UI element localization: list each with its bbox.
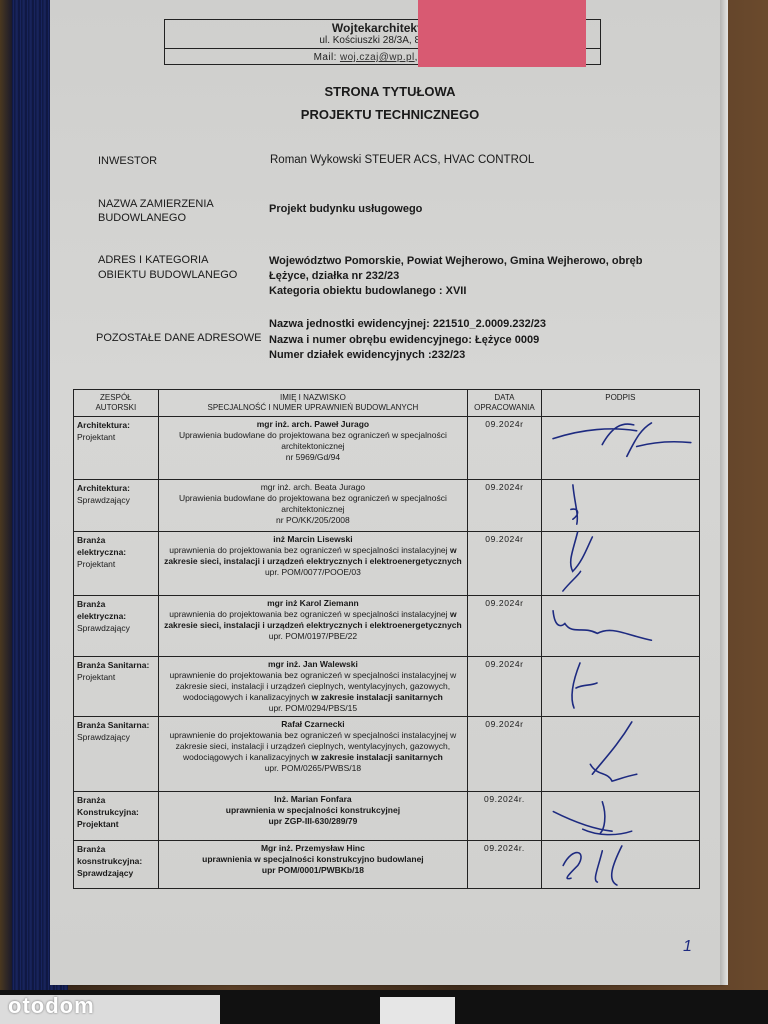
handwritten-signature xyxy=(542,841,692,888)
license-number: nr PO/KK/205/2008 xyxy=(162,515,464,526)
address-label-line-1: ADRES I KATEGORIA xyxy=(98,253,237,268)
name-cell: mgr inż. arch. Beata JuragoUprawienia bu… xyxy=(158,480,467,532)
name-cell: Inż. Marian Fonfarauprawnienia w specjal… xyxy=(158,792,467,841)
project-label-line-2: BUDOWLANEGO xyxy=(98,211,214,225)
page-number: 1 xyxy=(683,938,692,956)
role-label: Projektant xyxy=(77,672,115,682)
header-team: ZESPÓŁ AUTORSKI xyxy=(74,390,159,417)
table-row: Architektura:Sprawdzającymgr inż. arch. … xyxy=(74,480,700,532)
branch-label: Branża elektryczna: xyxy=(77,598,155,622)
signature-cell xyxy=(541,792,699,841)
team-cell: Branża Sanitarna:Projektant xyxy=(74,657,159,717)
branch-label: Branża Sanitarna: xyxy=(77,659,155,671)
branch-label: Branża kosnstrukcyjna: xyxy=(77,843,155,867)
person-name: mgr inż. arch. Beata Jurago xyxy=(162,482,464,493)
branch-label: Branża Sanitarna: xyxy=(77,719,155,731)
role-label: Projektant xyxy=(77,819,119,829)
signature-cell xyxy=(541,480,699,532)
license-description: uprawnienia do projektowania bez ogranic… xyxy=(169,609,447,619)
table-row: Branża elektryczna:Projektantinż Marcin … xyxy=(74,532,700,596)
address-label: ADRES I KATEGORIA OBIEKTU BUDOWLANEGO xyxy=(98,253,237,283)
project-label-line-1: NAZWA ZAMIERZENIA xyxy=(98,197,214,211)
handwritten-signature xyxy=(542,532,692,595)
header-name-line-2: SPECJALNOŚĆ I NUMER UPRAWNIEŃ BUDOWLANYC… xyxy=(161,403,465,413)
table-row: Branża Sanitarna:SprawdzającyRafał Czarn… xyxy=(74,717,700,792)
name-cell: inż Marcin Lisewskiuprawnienia do projek… xyxy=(158,532,467,596)
date-cell: 09.2024r xyxy=(468,480,542,532)
branch-label: Architektura: xyxy=(77,419,155,431)
license-number: upr. POM/0294/PBS/15 xyxy=(162,703,464,714)
address-line-1: Województwo Pomorskie, Powiat Wejherowo,… xyxy=(269,254,642,269)
license-scope: uprawnienia w specjalności konstrukcyjne… xyxy=(226,805,400,815)
team-cell: Architektura:Sprawdzający xyxy=(74,480,159,532)
signature-cell xyxy=(541,596,699,657)
table-row: Branża kosnstrukcyjna:SprawdzającyMgr in… xyxy=(74,841,700,889)
name-cell: mgr inż. Jan Walewskiuprawnienie do proj… xyxy=(158,657,467,717)
header-team-line-1: ZESPÓŁ xyxy=(76,393,156,403)
license-scope: uprawnienia w specjalności konstrukcyjno… xyxy=(202,854,424,864)
author-team-table: ZESPÓŁ AUTORSKI IMIĘ I NAZWISKO SPECJALN… xyxy=(73,389,700,889)
date-cell: 09.2024r xyxy=(468,657,542,717)
title-line-1: STRONA TYTUŁOWA xyxy=(240,80,540,103)
team-cell: Branża Sanitarna:Sprawdzający xyxy=(74,717,159,792)
handwritten-signature xyxy=(542,657,692,716)
other-line-2: Nazwa i numer obrębu ewidencyjnego: Łęży… xyxy=(269,333,546,349)
team-cell: Architektura:Projektant xyxy=(74,417,159,480)
team-cell: Branża Konstrukcyjna:Projektant xyxy=(74,792,159,841)
handwritten-signature xyxy=(542,717,692,791)
page-stack-edge xyxy=(720,0,728,985)
role-label: Sprawdzający xyxy=(77,495,130,505)
redaction-sticker xyxy=(418,0,586,67)
handwritten-signature xyxy=(542,480,692,531)
team-cell: Branża elektryczna:Projektant xyxy=(74,532,159,596)
name-cell: Mgr inż. Przemysław Hincuprawnienia w sp… xyxy=(158,841,467,889)
address-label-line-2: OBIEKTU BUDOWLANEGO xyxy=(98,268,237,283)
signature-cell xyxy=(541,841,699,889)
team-cell: Branża elektryczna:Sprawdzający xyxy=(74,596,159,657)
license-number: upr. POM/0077/POOE/03 xyxy=(162,567,464,578)
person-name: mgr inż Karol Ziemann xyxy=(162,598,464,609)
role-label: Projektant xyxy=(77,559,115,569)
investor-label: INWESTOR xyxy=(98,154,157,168)
name-cell: Rafał Czarneckiuprawnienie do projektowa… xyxy=(158,717,467,792)
email-link[interactable]: woj.czaj@wp.pl xyxy=(340,52,415,63)
branch-label: Architektura: xyxy=(77,482,155,494)
branch-label: Branża Konstrukcyjna: xyxy=(77,794,155,818)
signature-cell xyxy=(541,532,699,596)
other-address-value: Nazwa jednostki ewidencyjnej: 221510_2.0… xyxy=(269,317,546,364)
header-signature: PODPIS xyxy=(541,390,699,417)
role-label: Sprawdzający xyxy=(77,732,130,742)
page-title: STRONA TYTUŁOWA PROJEKTU TECHNICZNEGO xyxy=(240,80,540,126)
license-description: Uprawienia budowlane do projektowana bez… xyxy=(179,430,447,451)
date-cell: 09.2024r. xyxy=(468,841,542,889)
name-cell: mgr inż Karol Ziemannuprawnienia do proj… xyxy=(158,596,467,657)
table-header-row: ZESPÓŁ AUTORSKI IMIĘ I NAZWISKO SPECJALN… xyxy=(74,390,700,417)
signature-cell xyxy=(541,657,699,717)
branch-label: Branża elektryczna: xyxy=(77,534,155,558)
role-label: Sprawdzający xyxy=(77,623,130,633)
header-date: DATA OPRACOWANIA xyxy=(468,390,542,417)
team-cell: Branża kosnstrukcyjna:Sprawdzający xyxy=(74,841,159,889)
date-cell: 09.2024r xyxy=(468,596,542,657)
license-description: uprawnienia do projektowania bez ogranic… xyxy=(169,545,447,555)
header-name: IMIĘ I NAZWISKO SPECJALNOŚĆ I NUMER UPRA… xyxy=(158,390,467,417)
license-number: upr. POM/0265/PWBS/18 xyxy=(162,763,464,774)
date-cell: 09.2024r xyxy=(468,532,542,596)
table-row: Branża elektryczna:Sprawdzającymgr inż K… xyxy=(74,596,700,657)
project-value: Projekt budynku usługowego xyxy=(269,202,422,217)
person-name: Rafał Czarnecki xyxy=(162,719,464,730)
background-object xyxy=(380,997,455,1024)
title-line-2: PROJEKTU TECHNICZNEGO xyxy=(240,103,540,126)
role-label: Projektant xyxy=(77,432,115,442)
other-address-label: POZOSTAŁE DANE ADRESOWE xyxy=(96,331,261,345)
otodom-watermark-logo: otodom xyxy=(8,993,95,1019)
table-row: Branża Konstrukcyjna:ProjektantInż. Mari… xyxy=(74,792,700,841)
other-line-1: Nazwa jednostki ewidencyjnej: 221510_2.0… xyxy=(269,317,546,333)
license-scope: w zakresie instalacji sanitarnych xyxy=(312,752,443,762)
mail-label: Mail: xyxy=(314,52,337,63)
header-date-line-1: DATA xyxy=(470,393,539,403)
header-team-line-2: AUTORSKI xyxy=(76,403,156,413)
license-number: upr. POM/0197/PBE/22 xyxy=(162,631,464,642)
license-number: upr ZGP-III-630/289/79 xyxy=(162,816,464,827)
project-label: NAZWA ZAMIERZENIA BUDOWLANEGO xyxy=(98,197,214,225)
person-name: Mgr inż. Przemysław Hinc xyxy=(162,843,464,854)
date-cell: 09.2024r xyxy=(468,717,542,792)
table-row: Branża Sanitarna:Projektantmgr inż. Jan … xyxy=(74,657,700,717)
role-label: Sprawdzający xyxy=(77,868,133,878)
person-name: mgr inż. arch. Paweł Jurago xyxy=(162,419,464,430)
name-cell: mgr inż. arch. Paweł JuragoUprawienia bu… xyxy=(158,417,467,480)
binder-edge xyxy=(0,0,12,990)
date-cell: 09.2024r xyxy=(468,417,542,480)
license-number: nr 5969/Gd/94 xyxy=(162,452,464,463)
license-number: upr POM/0001/PWBKb/18 xyxy=(162,865,464,876)
person-name: inż Marcin Lisewski xyxy=(162,534,464,545)
header-name-line-1: IMIĘ I NAZWISKO xyxy=(161,393,465,403)
signature-cell xyxy=(541,417,699,480)
address-line-3: Kategoria obiektu budowlanego : XVII xyxy=(269,284,642,299)
handwritten-signature xyxy=(542,596,692,656)
license-description: Uprawienia budowlane do projektowana bez… xyxy=(179,493,447,514)
investor-value: Roman Wykowski STEUER ACS, HVAC CONTROL xyxy=(270,153,534,168)
signature-cell xyxy=(541,717,699,792)
other-line-3: Numer działek ewidencyjnych :232/23 xyxy=(269,348,546,364)
address-value: Województwo Pomorskie, Powiat Wejherowo,… xyxy=(269,254,642,299)
header-date-line-2: OPRACOWANIA xyxy=(470,403,539,413)
handwritten-signature xyxy=(542,417,692,479)
date-cell: 09.2024r. xyxy=(468,792,542,841)
person-name: Inż. Marian Fonfara xyxy=(162,794,464,805)
table-row: Architektura:Projektantmgr inż. arch. Pa… xyxy=(74,417,700,480)
person-name: mgr inż. Jan Walewski xyxy=(162,659,464,670)
address-line-2: Łężyce, działka nr 232/23 xyxy=(269,269,642,284)
handwritten-signature xyxy=(542,792,692,840)
license-scope: w zakresie instalacji sanitarnych xyxy=(312,692,443,702)
